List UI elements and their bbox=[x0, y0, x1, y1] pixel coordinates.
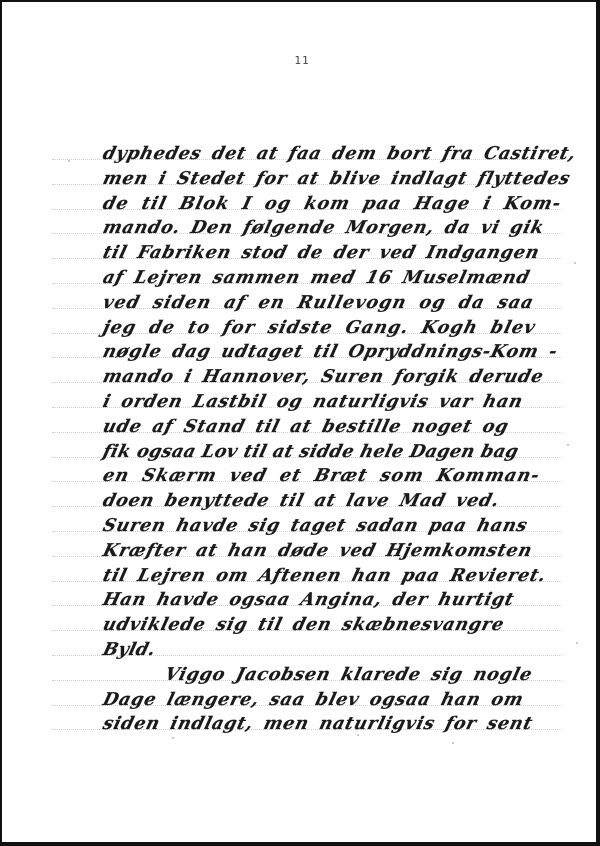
scan-speck bbox=[574, 262, 576, 264]
text-line: mando i Hannover, Suren forgik derude bbox=[100, 365, 556, 390]
text-line: ved siden af en Rullevogn og da saa bbox=[100, 291, 556, 316]
text-line: til Fabriken stod de der ved Indgangen bbox=[100, 241, 556, 266]
text-line: Suren havde sig taget sadan paa hans bbox=[100, 514, 556, 539]
text-line: ude af Stand til at bestille noget og bbox=[100, 415, 556, 440]
text-line: til Lejren om Aftenen han paa Revieret. bbox=[100, 564, 556, 589]
text-line: en Skærm ved et Bræt som Komman- bbox=[100, 464, 556, 489]
scan-speck bbox=[452, 742, 454, 744]
text-line: doen benyttede til at lave Mad ved. bbox=[100, 489, 556, 514]
scan-speck bbox=[68, 160, 70, 162]
text-line: jeg de to for sidste Gang. Kogh blev bbox=[100, 316, 556, 341]
scan-speck bbox=[172, 737, 174, 739]
manuscript-page: 11 dyphedes det at faa dem bort fra Cast… bbox=[0, 0, 600, 846]
scan-speck bbox=[567, 444, 569, 446]
text-line: Byld. bbox=[100, 638, 556, 663]
text-line: fik ogsaa Lov til at sidde hele Dagen ba… bbox=[100, 440, 556, 465]
text-line: i orden Lastbil og naturligvis var han bbox=[100, 390, 556, 415]
text-line: de til Blok I og kom paa Hage i Kom- bbox=[100, 192, 556, 217]
text-line: Viggo Jacobsen klarede sig nogle bbox=[100, 663, 556, 688]
text-line: men i Stedet for at blive indlagt flytte… bbox=[100, 167, 556, 192]
text-line: dyphedes det at faa dem bort fra Castire… bbox=[100, 142, 556, 167]
text-line: udviklede sig til den skæbnesvangre bbox=[100, 613, 556, 638]
page-number: 11 bbox=[2, 54, 600, 67]
scan-speck bbox=[576, 642, 578, 644]
text-line: af Lejren sammen med 16 Muselmænd bbox=[100, 266, 556, 291]
text-line: siden indlagt, men naturligvis for sent bbox=[100, 712, 556, 737]
text-line: Dage længere, saa blev ogsaa han om bbox=[100, 688, 556, 713]
text-line: nøgle dag udtaget til Opryddnings-Kom - bbox=[100, 340, 556, 365]
text-line: Kræfter at han døde ved Hjemkomsten bbox=[100, 539, 556, 564]
text-line: Han havde ogsaa Angina, der hurtigt bbox=[100, 588, 556, 613]
text-line: mando. Den følgende Morgen, da vi gik bbox=[100, 216, 556, 241]
handwritten-text: dyphedes det at faa dem bort fra Castire… bbox=[100, 142, 550, 737]
